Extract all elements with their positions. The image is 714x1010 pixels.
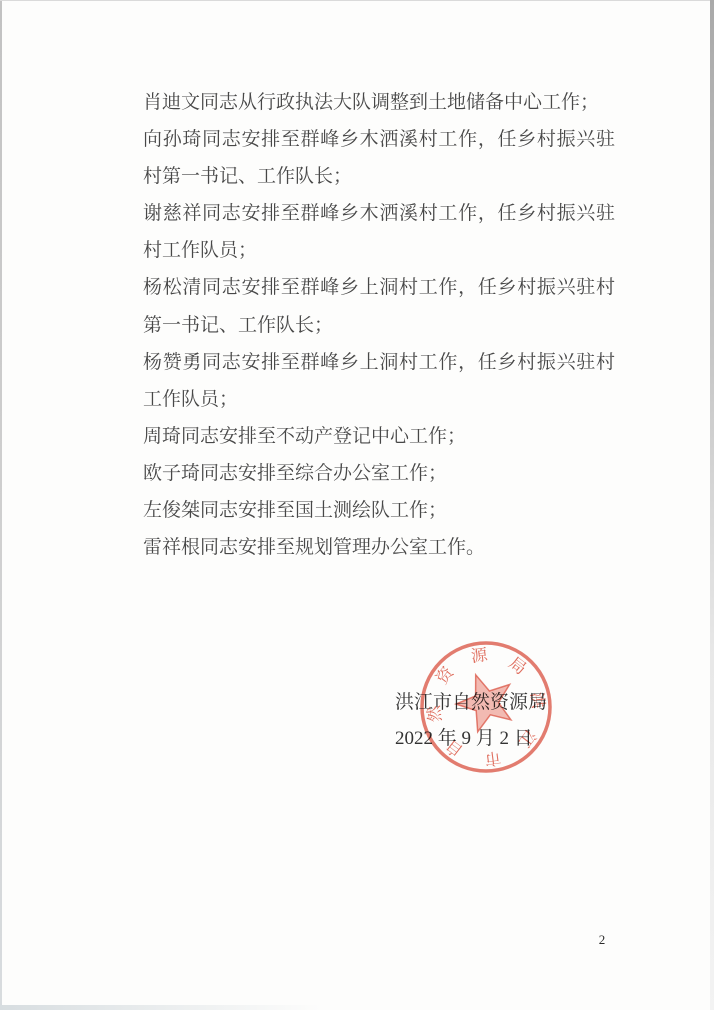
body-line: 雷祥根同志安排至规划管理办公室工作。 xyxy=(143,529,615,566)
seal-star-icon xyxy=(456,675,511,732)
scan-edge-top xyxy=(0,0,714,1)
body-line: 村第一书记、工作队长； xyxy=(143,158,615,195)
body-line: 周琦同志安排至不动产登记中心工作； xyxy=(143,418,615,455)
body-line: 向孙琦同志安排至群峰乡木洒溪村工作，任乡村振兴驻 xyxy=(143,121,615,158)
body-line: 肖迪文同志从行政执法大队调整到土地储备中心工作； xyxy=(143,84,615,121)
body-line: 欧子琦同志安排至综合办公室工作； xyxy=(143,455,615,492)
seal-char: 然 xyxy=(424,704,445,723)
body-line: 杨松清同志安排至群峰乡上洞村工作，任乡村振兴驻村 xyxy=(143,269,615,306)
body-line: 左俊桀同志安排至国土测绘队工作； xyxy=(143,492,615,529)
body-line: 杨赞勇同志安排至群峰乡上洞村工作，任乡村振兴驻村 xyxy=(143,344,615,381)
body-line: 第一书记、工作队长； xyxy=(143,307,615,344)
scan-edge-left xyxy=(0,0,2,1010)
seal-char: 洪 xyxy=(527,691,548,710)
official-seal: 洪 江 市 自 然 资 源 局 xyxy=(406,627,566,787)
scan-edge-bottom xyxy=(0,1005,714,1010)
seal-char: 源 xyxy=(470,645,489,666)
scanned-document-page: 肖迪文同志从行政执法大队调整到土地储备中心工作； 向孙琦同志安排至群峰乡木洒溪村… xyxy=(0,0,714,1010)
body-text: 肖迪文同志从行政执法大队调整到土地储备中心工作； 向孙琦同志安排至群峰乡木洒溪村… xyxy=(143,84,615,566)
seal-char: 市 xyxy=(483,748,502,769)
body-line: 村工作队员； xyxy=(143,232,615,269)
scan-edge-right xyxy=(710,0,714,1010)
body-line: 谢慈祥同志安排至群峰乡木洒溪村工作，任乡村振兴驻 xyxy=(143,195,615,232)
page-number: 2 xyxy=(592,932,612,948)
body-line: 工作队员； xyxy=(143,381,615,418)
